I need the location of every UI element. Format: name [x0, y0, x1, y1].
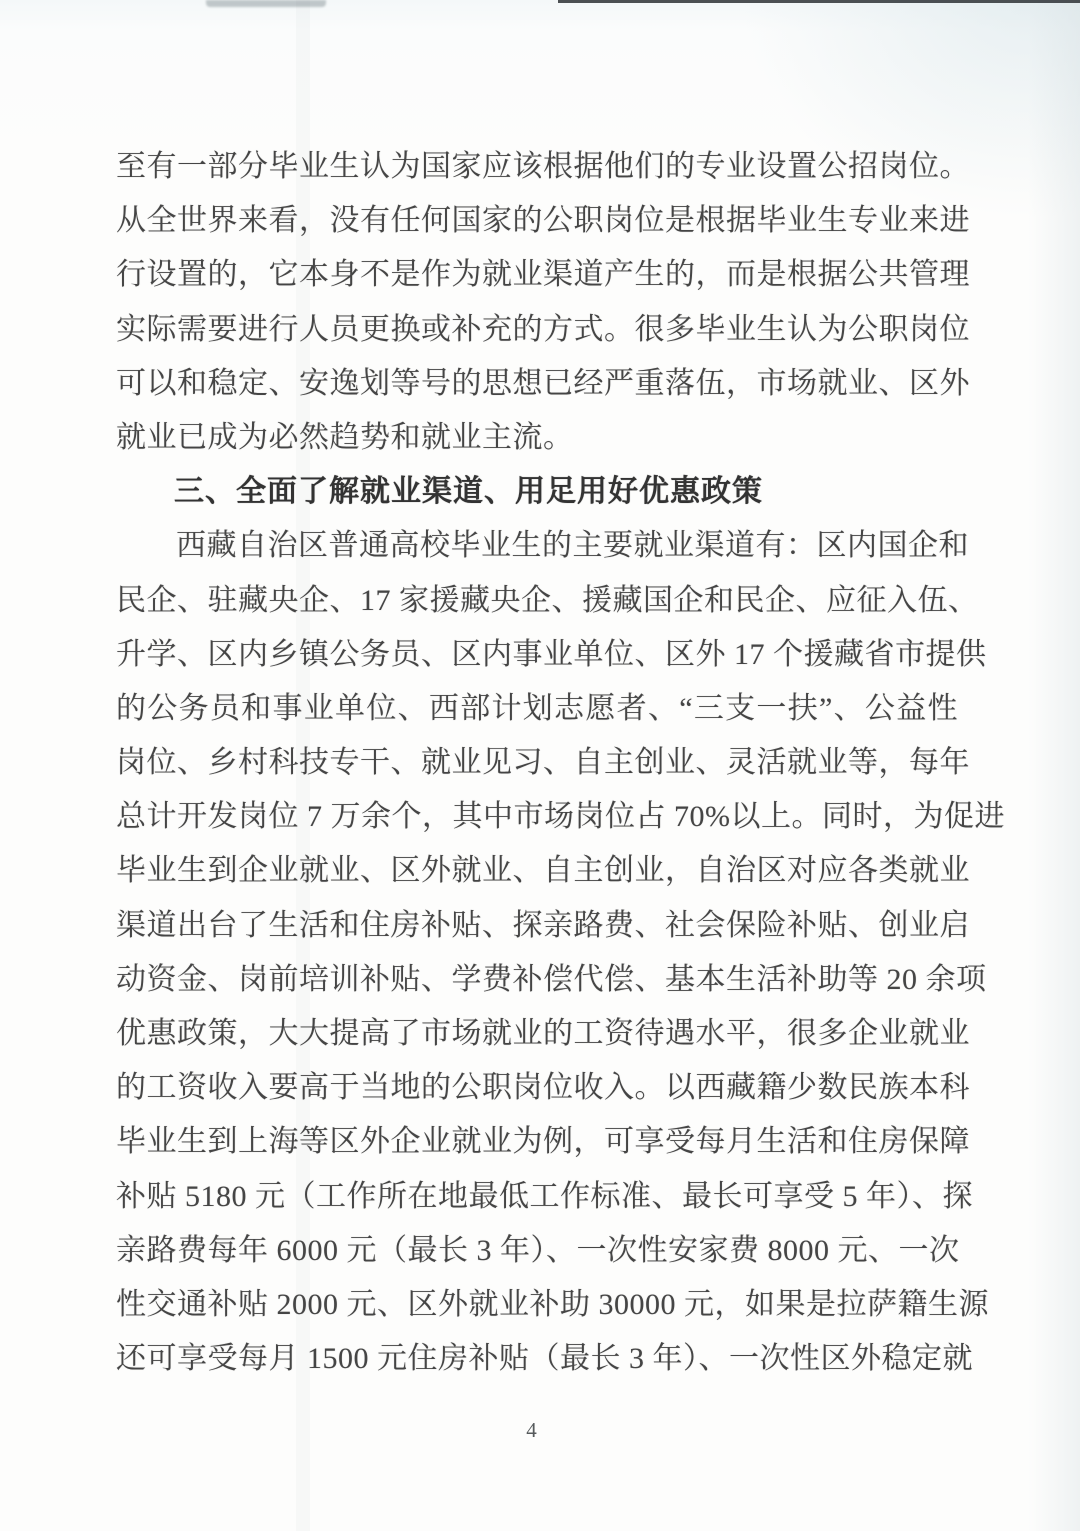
para1-line: 实际需要进行人员更换或补充的方式。很多毕业生认为公职岗位	[116, 303, 958, 357]
scan-top-smudge	[206, 0, 326, 7]
para2-line: 性交通补贴 2000 元、区外就业补助 30000 元，如果是拉萨籍生源	[116, 1278, 958, 1332]
para2-line: 亲路费每年 6000 元（最长 3 年）、一次性安家费 8000 元、一次	[116, 1224, 958, 1278]
para1-line: 可以和稳定、安逸划等号的思想已经严重落伍，市场就业、区外	[116, 357, 958, 411]
scan-top-edge-line	[558, 0, 1080, 3]
para2-line: 岗位、乡村科技专干、就业见习、自主创业、灵活就业等，每年	[116, 736, 958, 790]
para2-line: 的公务员和事业单位、西部计划志愿者、“三支一扶”、公益性	[116, 682, 958, 736]
document-page: 至有一部分毕业生认为国家应该根据他们的专业设置公招岗位。 从全世界来看，没有任何…	[0, 0, 1080, 1531]
para2-line-first: 西藏自治区普通高校毕业生的主要就业渠道有：区内国企和	[116, 519, 958, 573]
document-body: 至有一部分毕业生认为国家应该根据他们的专业设置公招岗位。 从全世界来看，没有任何…	[116, 140, 958, 1386]
para1-line: 从全世界来看，没有任何国家的公职岗位是根据毕业生专业来进	[116, 194, 958, 248]
para2-line: 毕业生到企业就业、区外就业、自主创业，自治区对应各类就业	[116, 844, 958, 898]
para2-line: 渠道出台了生活和住房补贴、探亲路费、社会保险补贴、创业启	[116, 899, 958, 953]
section-heading: 三、全面了解就业渠道、用足用好优惠政策	[116, 465, 958, 519]
scan-edge-shading	[1028, 0, 1080, 1531]
para2-line: 总计开发岗位 7 万余个，其中市场岗位占 70%以上。同时，为促进	[116, 790, 958, 844]
para2-line: 的工资收入要高于当地的公职岗位收入。以西藏籍少数民族本科	[116, 1061, 958, 1115]
para1-line-last: 就业已成为必然趋势和就业主流。	[116, 411, 958, 465]
para2-line: 升学、区内乡镇公务员、区内事业单位、区外 17 个援藏省市提供	[116, 628, 958, 682]
para2-line: 民企、驻藏央企、17 家援藏央企、援藏国企和民企、应征入伍、	[116, 574, 958, 628]
para2-line: 补贴 5180 元（工作所在地最低工作标准、最长可享受 5 年）、探	[116, 1170, 958, 1224]
para2-line-last: 还可享受每月 1500 元住房补贴（最长 3 年）、一次性区外稳定就	[116, 1332, 958, 1386]
para1-line: 至有一部分毕业生认为国家应该根据他们的专业设置公招岗位。	[116, 140, 958, 194]
para1-line: 行设置的，它本身不是作为就业渠道产生的，而是根据公共管理	[116, 248, 958, 302]
para2-line: 优惠政策，大大提高了市场就业的工资待遇水平，很多企业就业	[116, 1007, 958, 1061]
para2-line: 动资金、岗前培训补贴、学费补偿代偿、基本生活补助等 20 余项	[116, 953, 958, 1007]
page-number: 4	[0, 1418, 1063, 1443]
para2-line: 毕业生到上海等区外企业就业为例，可享受每月生活和住房保障	[116, 1115, 958, 1169]
